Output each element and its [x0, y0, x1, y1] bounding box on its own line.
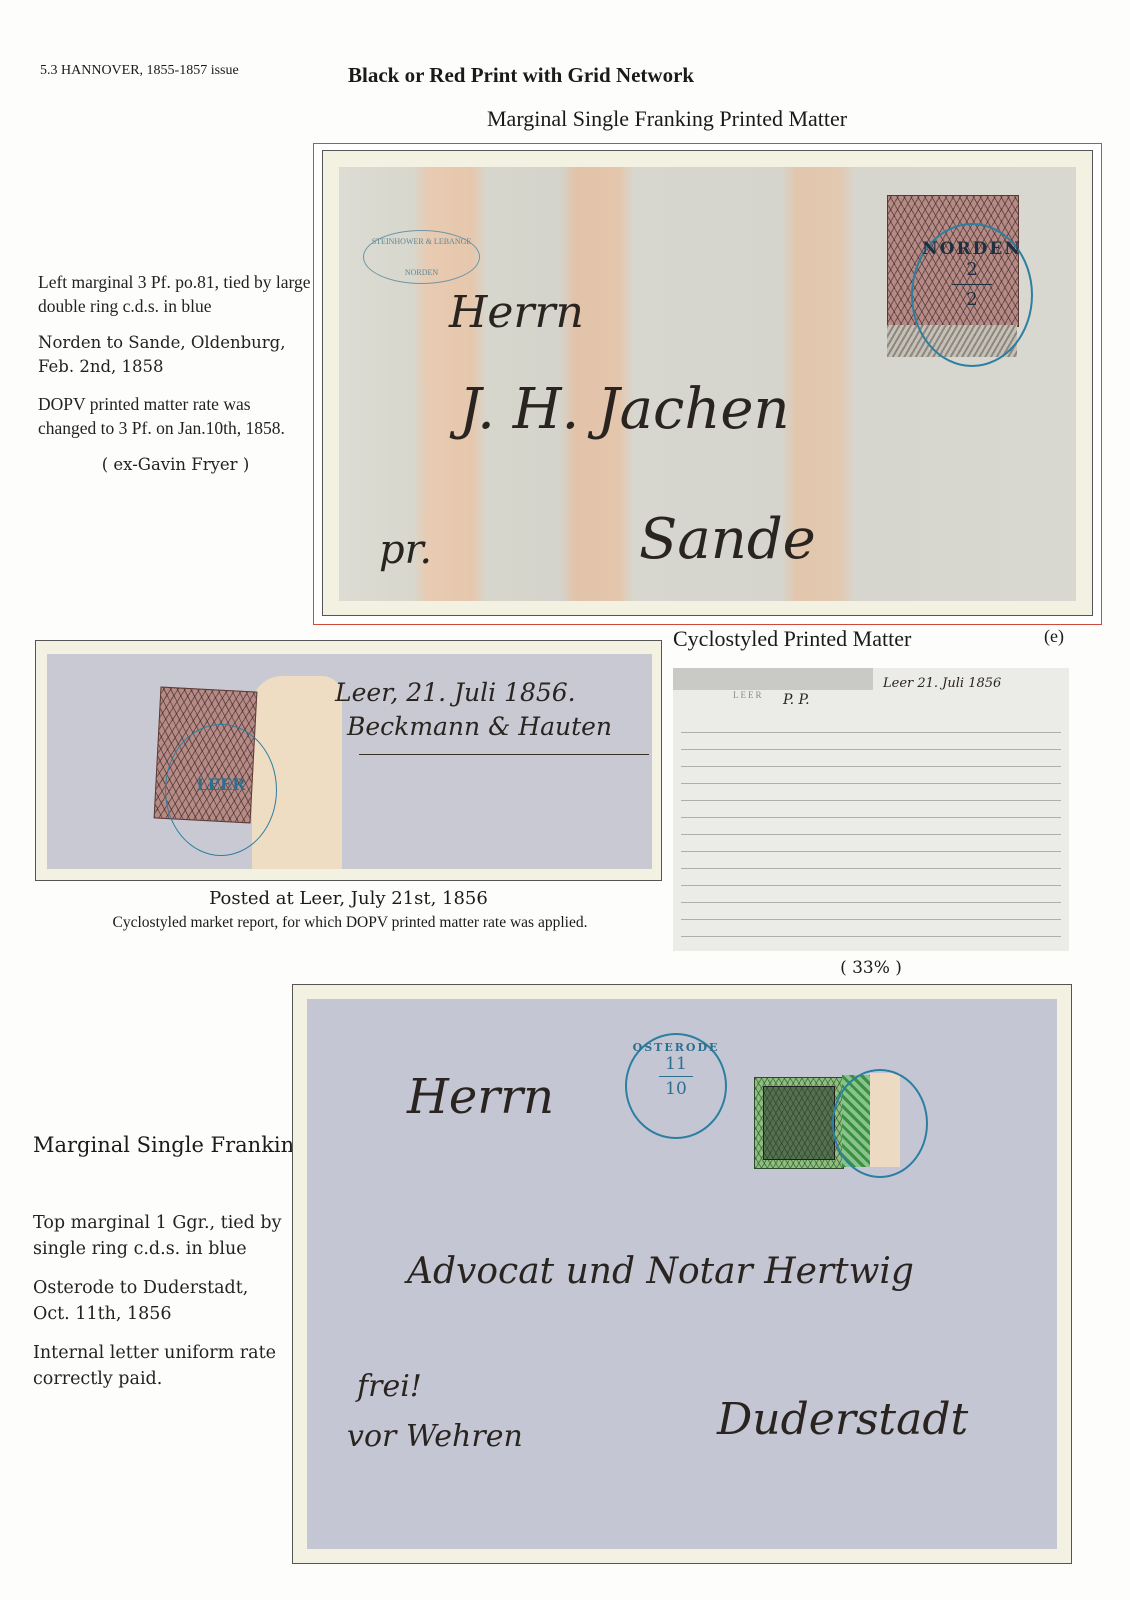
item4-notes: Top marginal 1 Ggr., tied by single ring… — [33, 1210, 288, 1405]
item1-notes: Left marginal 3 Pf. po.81, tied by large… — [38, 270, 313, 490]
letter-dateline: Leer 21. Juli 1856 — [883, 676, 1001, 691]
postmark-day: 2 — [913, 259, 1031, 280]
postmark-month: 2 — [913, 289, 1031, 310]
item1-red-frame: STEINHOWER & LEBANGE NORDEN NORDEN 2 2 H… — [313, 143, 1102, 625]
item1-note-rate: DOPV printed matter rate was changed to … — [38, 392, 313, 440]
address-salutation: Herrn — [449, 287, 584, 338]
postmark-osterode: OSTERODE 11 10 — [625, 1033, 727, 1139]
item3-scale: ( 33% ) — [673, 958, 1069, 978]
item1-mount: STEINHOWER & LEBANGE NORDEN NORDEN 2 2 H… — [322, 150, 1093, 616]
item1-subtitle: Marginal Single Franking Printed Matter — [487, 106, 847, 132]
letter-salutation: P. P. — [783, 692, 810, 708]
letterhead-band — [673, 668, 873, 690]
section-label: 5.3 HANNOVER, 1855-1857 issue — [40, 63, 239, 79]
page-title: Black or Red Print with Grid Network — [348, 63, 694, 88]
item3-marker: (e) — [1044, 626, 1064, 647]
stamp-design-coat-of-arms — [763, 1086, 835, 1160]
item4-note-route: Osterode to Duderstadt, Oct. 11th, 1856 — [33, 1275, 288, 1327]
item3-subtitle: Cyclostyled Printed Matter — [673, 626, 911, 652]
item4-mount: OSTERODE 11 10 Herrn Advocat und Notar H… — [292, 984, 1072, 1564]
item2-cover: LEER Leer, 21. Juli 1856. Beckmann & Hau… — [47, 654, 652, 869]
postmark-town: NORDEN — [913, 239, 1031, 259]
postmark-day: 11 — [627, 1054, 725, 1074]
letter-handwritten-body — [681, 720, 1061, 951]
stamp-1ggr-green-grid — [754, 1077, 844, 1169]
item1-cover: STEINHOWER & LEBANGE NORDEN NORDEN 2 2 H… — [339, 167, 1076, 601]
letterhead: LEER — [733, 690, 764, 700]
address-salutation: Herrn — [407, 1069, 554, 1125]
item1-note-route: Norden to Sande, Oldenburg, Feb. 2nd, 18… — [38, 331, 313, 379]
item4-note-stamp: Top marginal 1 Ggr., tied by single ring… — [33, 1210, 288, 1262]
address-vor: vor Wehren — [347, 1419, 523, 1454]
postmark-divider — [952, 284, 992, 285]
manuscript-underline — [359, 754, 649, 755]
item4-note-rate: Internal letter uniform rate correctly p… — [33, 1340, 288, 1392]
item1-provenance: ( ex-Gavin Fryer ) — [38, 453, 313, 477]
postmark-divider — [659, 1076, 693, 1077]
postmark-norden: NORDEN 2 2 — [911, 223, 1033, 367]
item2-caption-line1: Posted at Leer, July 21st, 1856 — [35, 888, 662, 909]
address-per: pr. — [379, 527, 432, 573]
address-name: J. H. Jachen — [459, 377, 790, 442]
postmark-town: LEER — [166, 775, 276, 794]
sender-cachet: STEINHOWER & LEBANGE NORDEN — [363, 230, 480, 284]
postmark-town: OSTERODE — [627, 1041, 725, 1054]
item1-note-stamp: Left marginal 3 Pf. po.81, tied by large… — [38, 270, 313, 318]
manuscript-date: Leer, 21. Juli 1856. — [335, 678, 576, 707]
item2-mount: LEER Leer, 21. Juli 1856. Beckmann & Hau… — [35, 640, 662, 881]
item2-caption-line2: Cyclostyled market report, for which DOP… — [30, 914, 670, 932]
address-town: Sande — [639, 507, 816, 572]
postmark-month: 10 — [627, 1079, 725, 1099]
cyclostyled-letter: LEER P. P. Leer 21. Juli 1856 — [673, 668, 1069, 951]
cachet-top-text: STEINHOWER & LEBANGE — [364, 237, 479, 246]
item4-cover: OSTERODE 11 10 Herrn Advocat und Notar H… — [307, 999, 1057, 1549]
manuscript-sender: Beckmann & Hauten — [347, 712, 612, 741]
address-town: Duderstadt — [717, 1394, 968, 1445]
address-name: Advocat und Notar Hertwig — [407, 1251, 914, 1292]
postmark-leer: LEER — [165, 724, 277, 856]
postmark-osterode-tie — [832, 1069, 928, 1178]
item4-heading: Marginal Single Franking — [33, 1133, 308, 1157]
address-frei: frei! — [357, 1369, 422, 1404]
cachet-bottom-text: NORDEN — [364, 268, 479, 277]
